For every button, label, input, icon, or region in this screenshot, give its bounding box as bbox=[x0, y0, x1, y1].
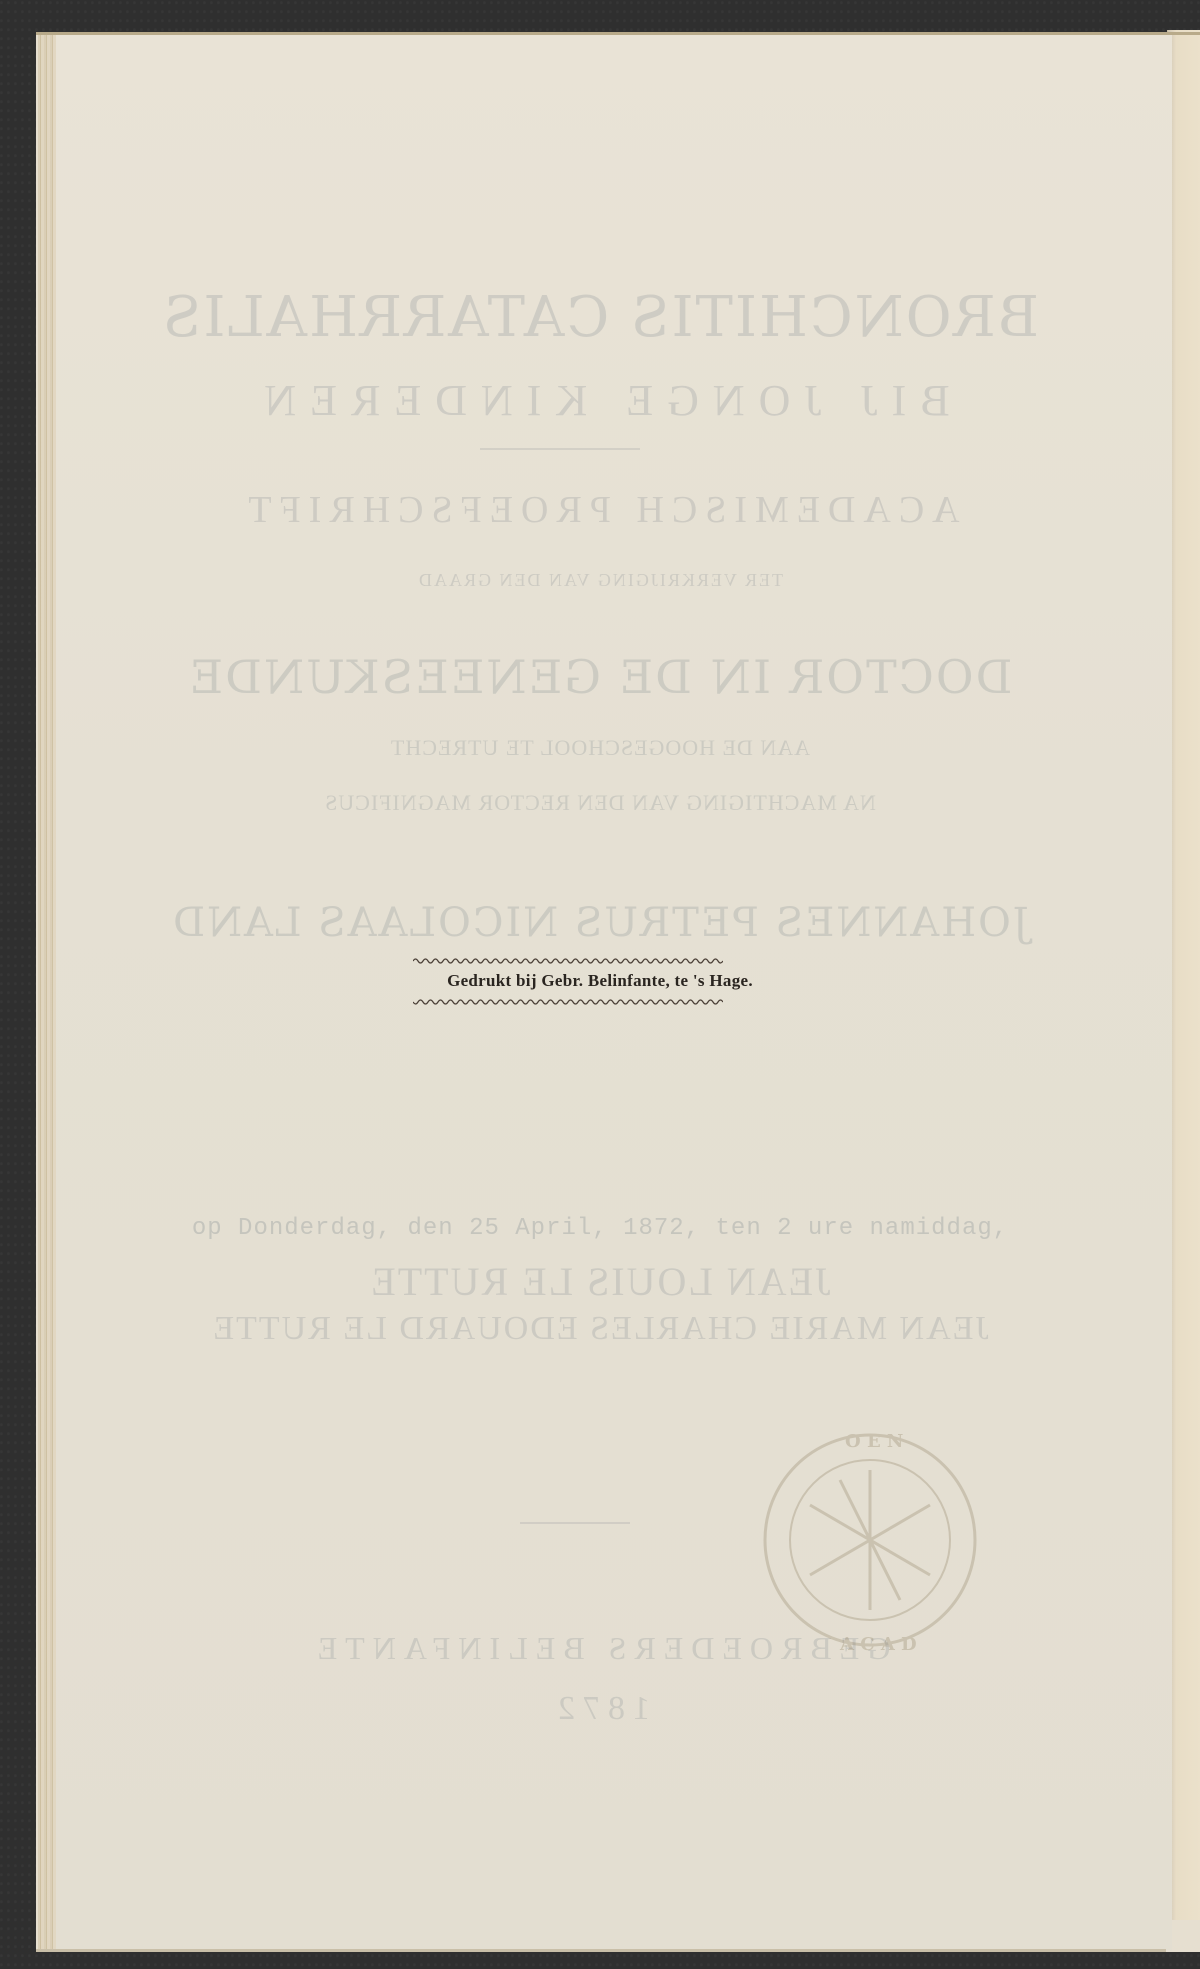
bleed-through-hoogeschool: AAN DE HOOGESCHOOL TE UTRECHT bbox=[0, 735, 1200, 761]
svg-text:O E N: O E N bbox=[845, 1431, 903, 1452]
page-bottom-edge bbox=[36, 1949, 1166, 1952]
bleed-through-date: op Donderdag, den 25 April, 1872, ten 2 … bbox=[0, 1215, 1200, 1242]
bleed-through-subtitle: BIJ JONGE KINDEREN bbox=[0, 375, 1200, 426]
bleed-through-doctor: DOCTOR IN DE GENEESKUNDE bbox=[0, 650, 1200, 704]
bleed-through-rule bbox=[480, 448, 640, 450]
bleed-through-year: 1872 bbox=[0, 1690, 1200, 1728]
bleed-through-name-1: JEAN LOUIS LE RUTTE bbox=[0, 1258, 1200, 1305]
bleed-through-rule-2 bbox=[520, 1522, 630, 1524]
page-top-edge bbox=[36, 32, 1200, 35]
bleed-through-title: BRONCHITIS CATARRHALIS bbox=[0, 285, 1200, 350]
library-stamp-icon: O E N A C A D bbox=[750, 1425, 990, 1655]
bleed-through-machtiging: NA MACHTIGING VAN DEN RECTOR MAGNIFICUS bbox=[0, 790, 1200, 816]
imprint-text: Gedrukt bij Gebr. Belinfante, te 's Hage… bbox=[447, 971, 753, 990]
svg-text:A C A D: A C A D bbox=[839, 1634, 917, 1655]
bleed-through-verkrijging: TER VERKRIJGING VAN DEN GRAAD bbox=[0, 570, 1200, 591]
bleed-through-rector: JOHANNES PETRUS NICOLAAS LAND bbox=[0, 900, 1200, 946]
wavy-rule-top bbox=[413, 957, 723, 965]
bleed-through-academisch: ACADEMISCH PROEFSCHRIFT bbox=[0, 488, 1200, 532]
bleed-through-name-2: JEAN MARIE CHARLES EDOUARD LE RUTTE bbox=[0, 1310, 1200, 1348]
bleed-through-publisher: GEBROEDERS BELINFANTE bbox=[0, 1630, 1200, 1667]
printer-imprint: Gedrukt bij Gebr. Belinfante, te 's Hage… bbox=[0, 971, 1200, 991]
wavy-rule-bottom bbox=[413, 998, 723, 1006]
